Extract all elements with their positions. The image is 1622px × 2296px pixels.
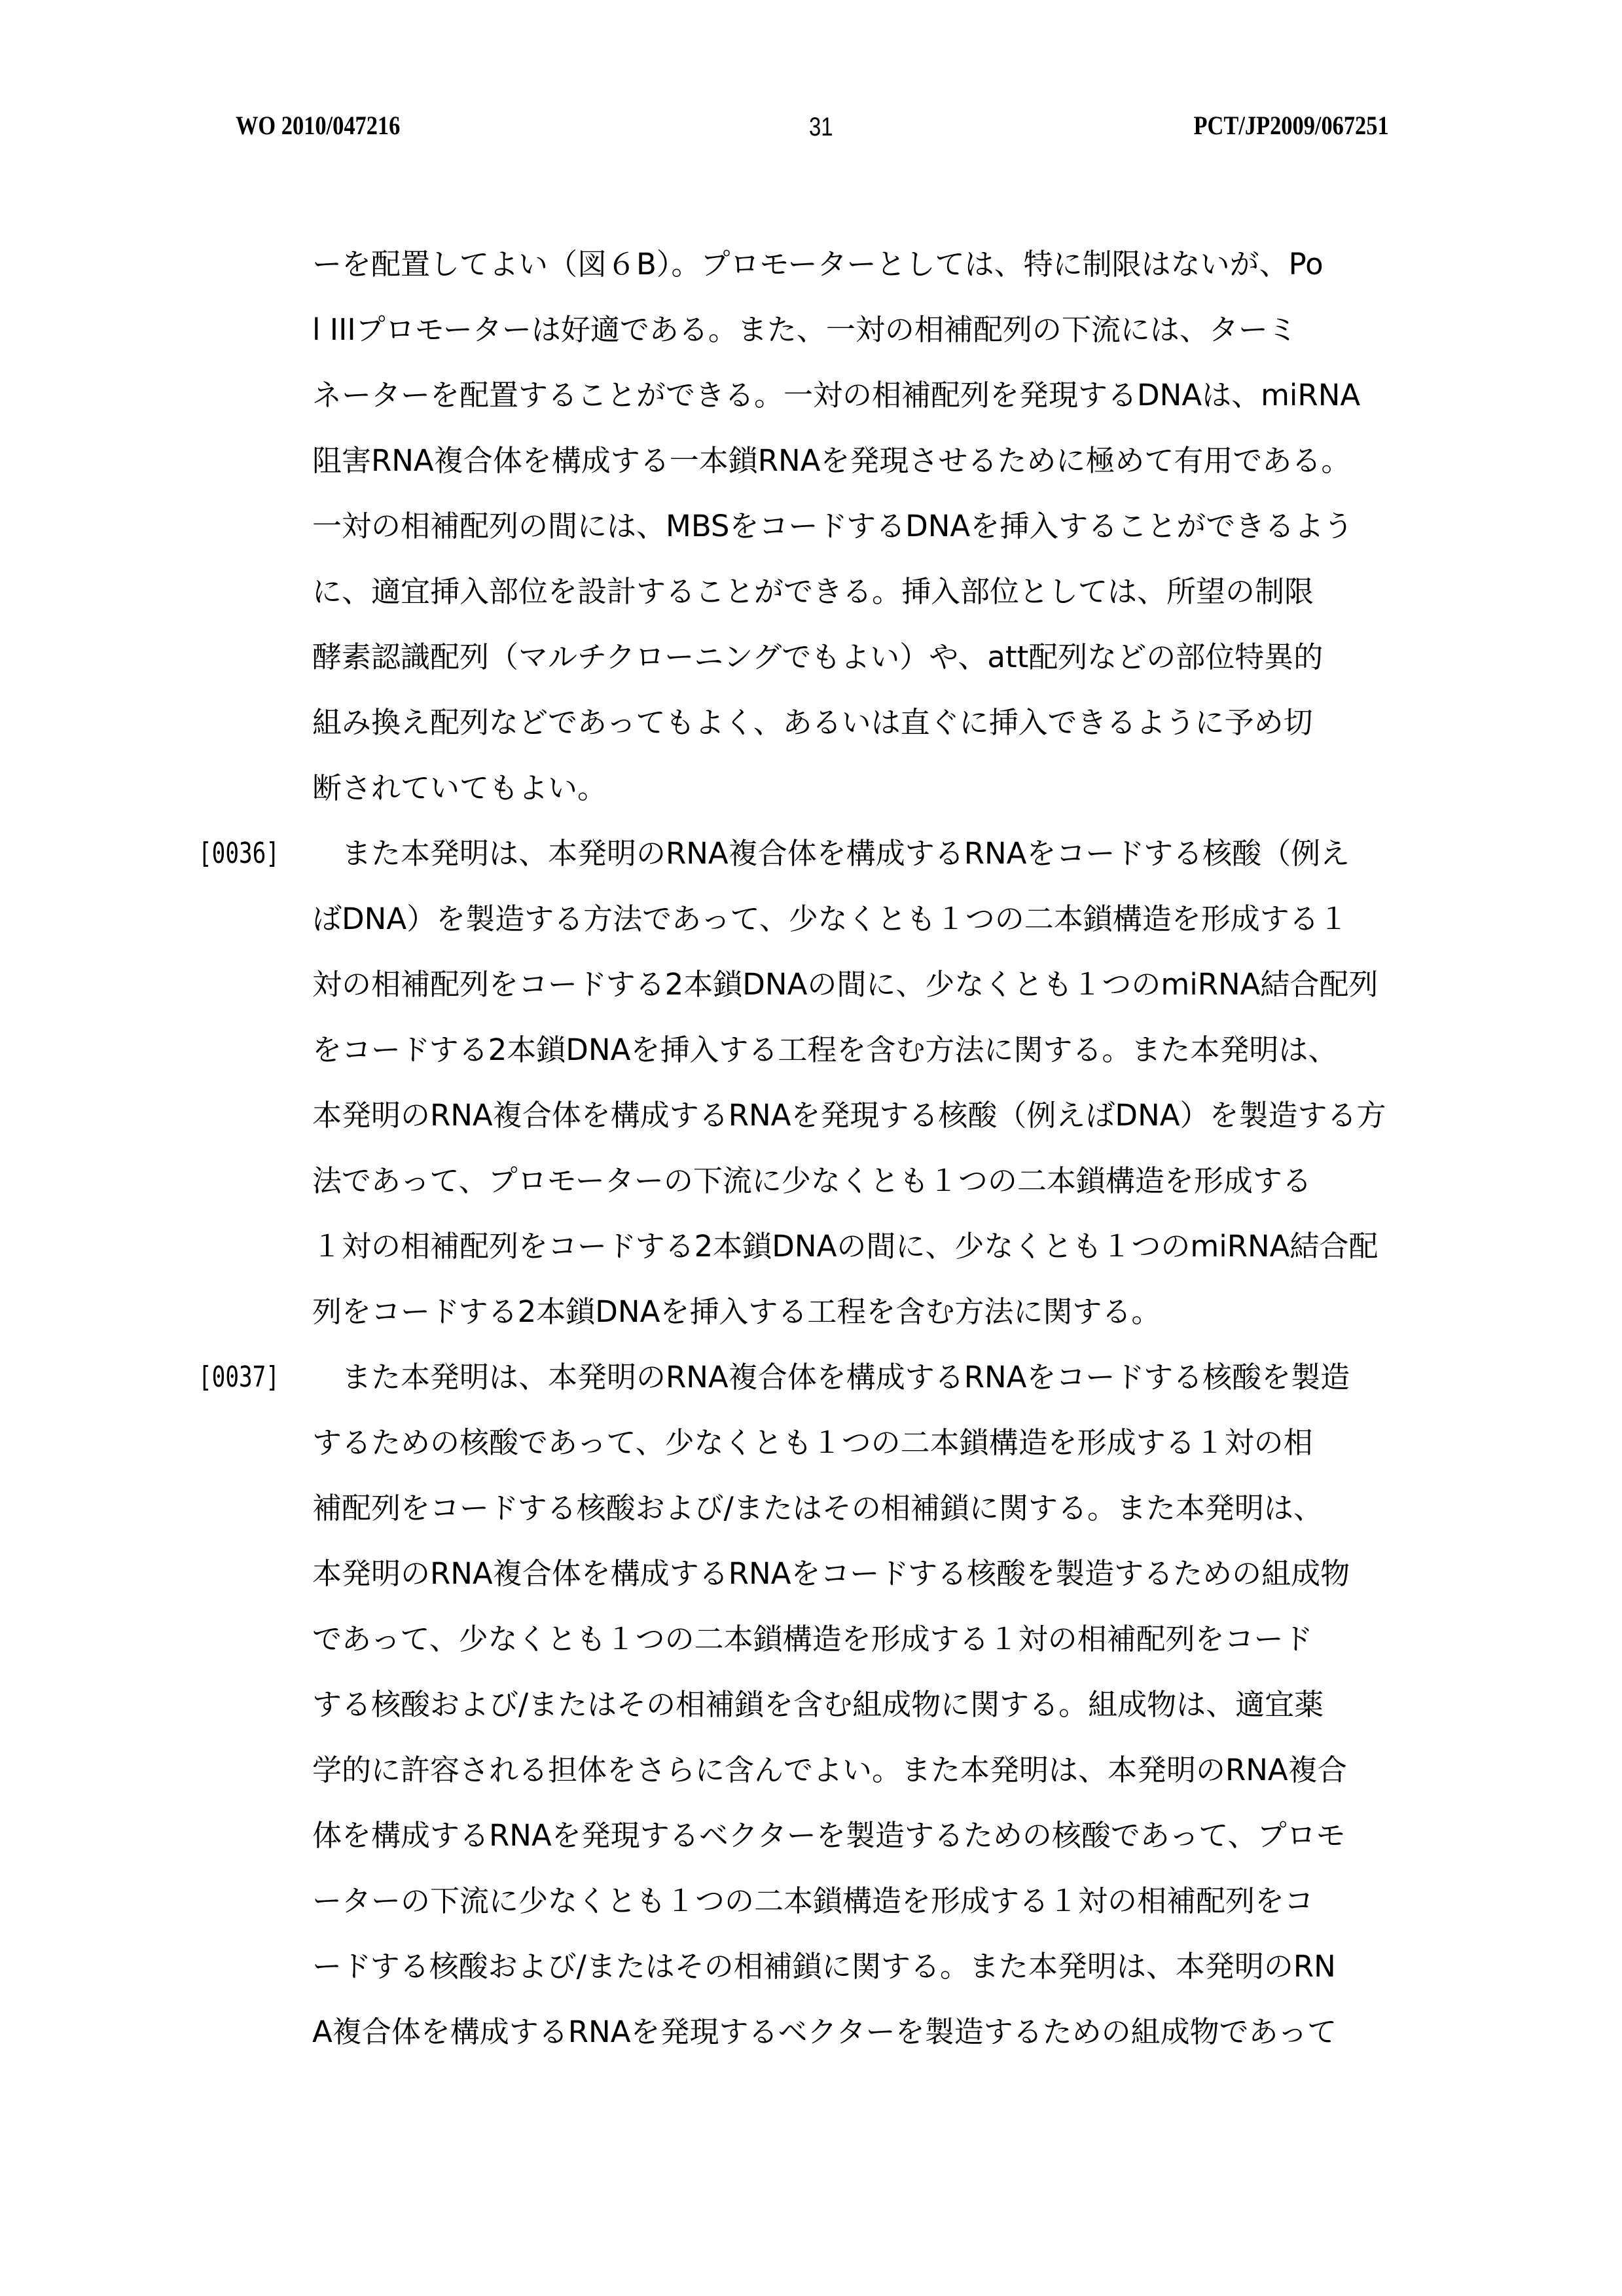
text-line: 断されていてもよい。	[312, 769, 1438, 808]
text-line: 本発明のRNA複合体を構成するRNAをコードする核酸を製造するための組成物	[312, 1554, 1438, 1594]
text-line: 体を構成するRNAを発現するベクターを製造するための核酸であって、プロモ	[312, 1816, 1438, 1855]
publication-number: WO 2010/047216	[236, 111, 400, 140]
application-number: PCT/JP2009/067251	[1194, 111, 1389, 140]
text-line: 酵素認識配列（マルチクローニングでもよい）や、att配列などの部位特異的	[312, 638, 1438, 677]
text-line: 一対の相補配列の間には、MBSをコードするDNAを挿入することができるよう	[312, 507, 1438, 546]
patent-page: WO 2010/047216 31 PCT/JP2009/067251 ーを配置…	[0, 0, 1622, 2296]
text-line: ネーターを配置することができる。一対の相補配列を発現するDNAは、miRNA	[312, 376, 1438, 415]
text-line: であって、少なくとも１つの二本鎖構造を形成する１対の相補配列をコード	[312, 1620, 1438, 1659]
text-line: 列をコードする2本鎖DNAを挿入する工程を含む方法に関する。	[312, 1292, 1438, 1332]
text-line: ばDNA）を製造する方法であって、少なくとも１つの二本鎖構造を形成する１	[312, 900, 1438, 939]
text-line: するための核酸であって、少なくとも１つの二本鎖構造を形成する１対の相	[312, 1423, 1438, 1463]
text-line: 補配列をコードする核酸および/またはその相補鎖に関する。また本発明は、	[312, 1489, 1438, 1528]
text-line: １対の相補配列をコードする2本鎖DNAの間に、少なくとも１つのmiRNA結合配	[312, 1227, 1438, 1266]
text-line: 対の相補配列をコードする2本鎖DNAの間に、少なくとも１つのmiRNA結合配列	[312, 965, 1438, 1004]
text-line: 阻害RNA複合体を構成する一本鎖RNAを発現させるために極めて有用である。	[312, 441, 1438, 481]
text-line: また本発明は、本発明のRNA複合体を構成するRNAをコードする核酸を製造	[342, 1358, 1438, 1397]
text-line: ードする核酸および/またはその相補鎖に関する。また本発明は、本発明のRN	[312, 1947, 1438, 1986]
text-line: 学的に許容される担体をさらに含んでよい。また本発明は、本発明のRNA複合	[312, 1751, 1438, 1790]
paragraph-number: [0037]	[198, 1358, 279, 1397]
text-line: する核酸および/またはその相補鎖を含む組成物に関する。組成物は、適宜薬	[312, 1685, 1438, 1724]
text-line: 本発明のRNA複合体を構成するRNAを発現する核酸（例えばDNA）を製造する方	[312, 1096, 1438, 1135]
text-line: また本発明は、本発明のRNA複合体を構成するRNAをコードする核酸（例え	[342, 834, 1438, 873]
text-line: 組み換え配列などであってもよく、あるいは直ぐに挿入できるように予め切	[312, 703, 1438, 742]
text-line: に、適宜挿入部位を設計することができる。挿入部位としては、所望の制限	[312, 572, 1438, 611]
text-line: A複合体を構成するRNAを発現するベクターを製造するための組成物であって	[312, 2013, 1438, 2052]
text-line: 法であって、プロモーターの下流に少なくとも１つの二本鎖構造を形成する	[312, 1161, 1438, 1201]
paragraph-number: [0036]	[198, 834, 279, 873]
text-line: をコードする2本鎖DNAを挿入する工程を含む方法に関する。また本発明は、	[312, 1030, 1438, 1070]
text-line: l IIIプロモーターは好適である。また、一対の相補配列の下流には、ターミ	[312, 310, 1438, 350]
text-line: ーを配置してよい（図６B）。プロモーターとしては、特に制限はないが、Po	[312, 245, 1438, 284]
page-number: 31	[809, 113, 833, 141]
text-line: ーターの下流に少なくとも１つの二本鎖構造を形成する１対の相補配列をコ	[312, 1882, 1438, 1921]
